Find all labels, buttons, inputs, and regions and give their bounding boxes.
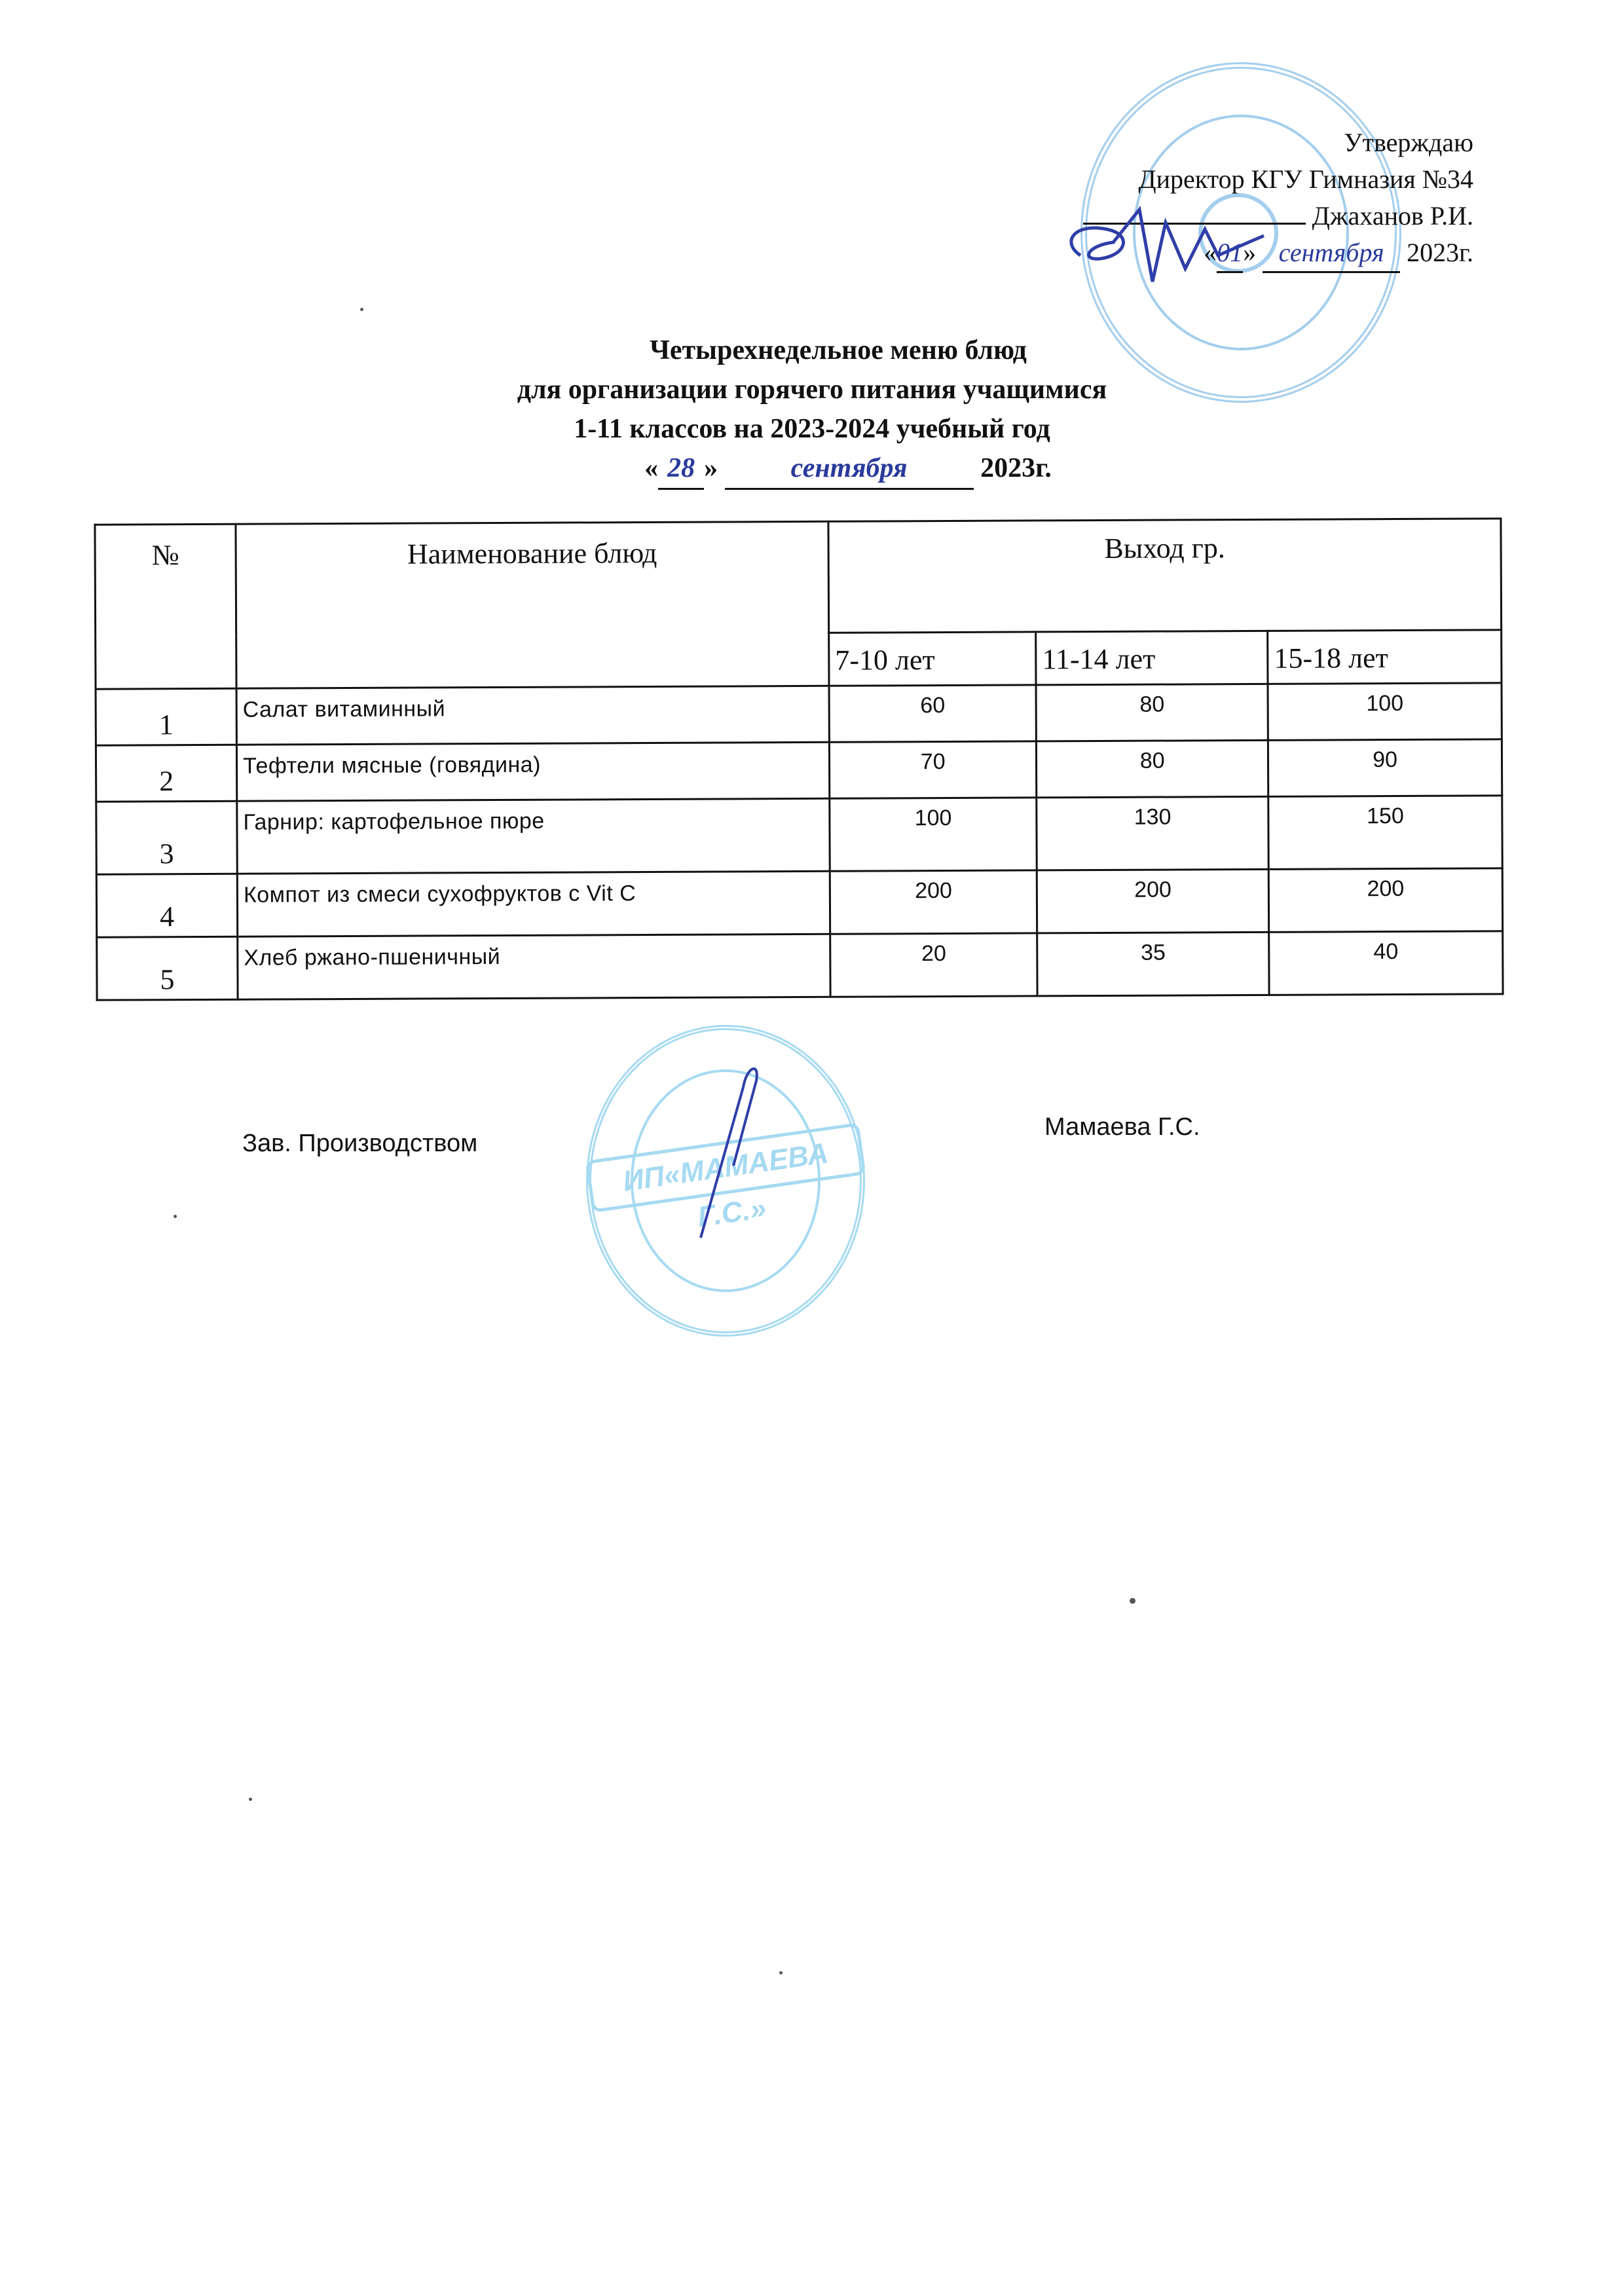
header-age-7-10: 7-10 лет (829, 632, 1037, 686)
portion-7-10: 200 (830, 870, 1037, 934)
manager-signature-icon (694, 1048, 773, 1244)
row-number: 2 (96, 745, 236, 802)
approval-date-year: 2023г. (1407, 238, 1473, 267)
title-date-day: 28 (658, 449, 704, 490)
approval-heading: Утверждаю (1083, 124, 1473, 161)
scan-speck (174, 1215, 177, 1218)
dish-name: Тефтели мясные (говядина) (236, 742, 829, 801)
portion-11-14: 80 (1037, 740, 1268, 798)
portion-15-18: 200 (1268, 868, 1502, 933)
approver-name: Джаханов Р.И. (1312, 201, 1473, 231)
header-age-15-18: 15-18 лет (1268, 630, 1502, 684)
title-date-month: сентября (725, 449, 974, 490)
header-number: № (95, 524, 236, 689)
portion-7-10: 100 (830, 798, 1037, 871)
table-row: 5 Хлеб ржано-пшеничный 20 35 40 (97, 931, 1503, 1000)
dish-name: Салат витаминный (236, 686, 829, 745)
row-number: 5 (97, 936, 238, 1000)
row-number: 1 (96, 688, 236, 745)
portion-11-14: 80 (1036, 684, 1268, 741)
portion-11-14: 200 (1037, 869, 1269, 933)
row-number: 3 (96, 801, 237, 874)
table-row: 2 Тефтели мясные (говядина) 70 80 90 (96, 739, 1502, 802)
header-age-11-14: 11-14 лет (1036, 631, 1268, 685)
title-date: «28» сентября 2023г. (0, 449, 1624, 490)
scan-speck (360, 308, 363, 311)
header-output: Выход гр. (828, 519, 1502, 633)
portion-15-18: 90 (1268, 739, 1502, 797)
title-line-2: для организации горячего питания учащими… (0, 370, 1624, 409)
dish-name: Хлеб ржано-пшеничный (238, 934, 830, 999)
portion-7-10: 60 (829, 685, 1037, 742)
title-line-1: Четырехнедельное меню блюд (0, 331, 1624, 370)
director-signature-icon (1054, 183, 1290, 288)
portion-11-14: 35 (1037, 932, 1269, 996)
footer-position: Зав. Производством (242, 1130, 477, 1158)
portion-7-10: 70 (829, 741, 1037, 798)
portion-15-18: 100 (1268, 683, 1502, 741)
portion-15-18: 40 (1269, 931, 1503, 995)
header-dish-name: Наименование блюд (236, 521, 829, 688)
menu-table: № Наименование блюд Выход гр. 7-10 лет 1… (94, 517, 1504, 1001)
portion-7-10: 20 (830, 933, 1038, 997)
quote-close: » (704, 453, 718, 483)
row-number: 4 (96, 874, 237, 937)
document-title: Четырехнедельное меню блюд для организац… (0, 331, 1624, 490)
title-line-3: 1-11 классов на 2023-2024 учебный год (0, 409, 1624, 449)
table-row: 3 Гарнир: картофельное пюре 100 130 150 (96, 796, 1502, 874)
scan-speck (249, 1798, 252, 1801)
table-row: 4 Компот из смеси сухофруктов с Vit C 20… (96, 868, 1502, 937)
dish-name: Гарнир: картофельное пюре (237, 798, 830, 874)
dish-name: Компот из смеси сухофруктов с Vit C (237, 871, 830, 936)
quote-open: « (644, 453, 658, 483)
table-row: 1 Салат витаминный 60 80 100 (96, 683, 1502, 745)
portion-15-18: 150 (1268, 796, 1502, 870)
scan-speck (1130, 1598, 1135, 1604)
footer-name: Мамаева Г.С. (1044, 1113, 1200, 1141)
portion-11-14: 130 (1037, 796, 1268, 870)
table-header-row: № Наименование блюд Выход гр. (95, 519, 1502, 636)
scan-speck (779, 1971, 783, 1974)
title-date-year: 2023г. (980, 453, 1052, 483)
